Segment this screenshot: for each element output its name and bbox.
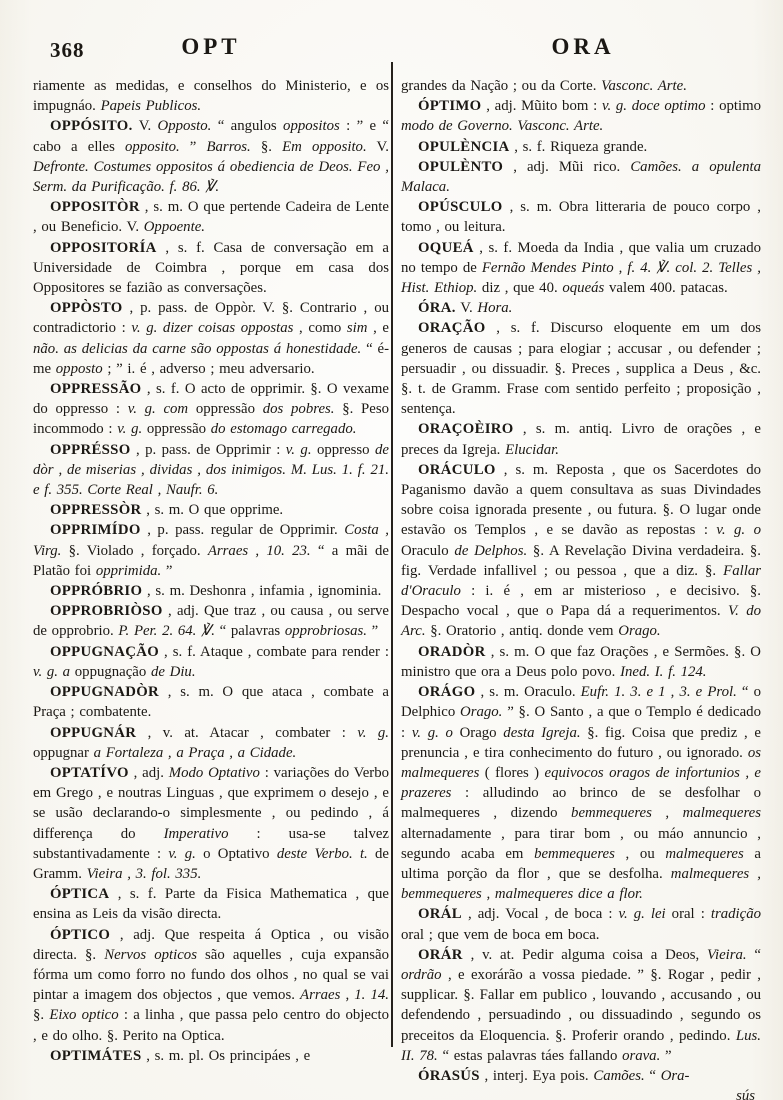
entry-text: , s. m. Oraculo.: [475, 684, 580, 700]
entry-text: ( flores ): [479, 765, 544, 781]
entry-text: , s. m. O que opprime.: [142, 502, 284, 518]
dictionary-entry: OPPÓSITO. V. Opposto. “ angulos opposito…: [33, 116, 389, 197]
headword: ÓRASÚS: [418, 1068, 480, 1084]
entry-text: o Optativo: [196, 846, 277, 862]
entry-text: , v. at. Atacar , combater :: [136, 725, 357, 741]
headword: ÓRA.: [418, 300, 456, 316]
entry-text: Defronte.: [33, 159, 89, 175]
dictionary-entry: ORÁCULO , s. m. Reposta , que os Sacerdo…: [401, 460, 761, 642]
headword: OPPÒSTO: [50, 300, 123, 316]
entry-text: oral :: [666, 906, 711, 922]
entry-text: , e: [367, 320, 389, 336]
entry-text: oppositos: [283, 118, 340, 134]
dictionary-entry: OPTATÍVO , adj. Modo Optativo : variaçõe…: [33, 763, 389, 884]
entry-text: de Delphos.: [454, 543, 527, 559]
headword: ORAÇOÈIRO: [418, 421, 514, 437]
entry-text: ”: [367, 623, 378, 639]
entry-text: , p. pass. regular de Opprimir.: [141, 522, 345, 538]
headword: ÓPTICA: [50, 886, 109, 902]
headword: OPPOSITORÍA: [50, 240, 157, 256]
dictionary-entry: ÓPTICA , s. f. Parte da Fisica Mathemati…: [33, 884, 389, 924]
dictionary-entry: ORADÒR , s. m. O que faz Orações , e Ser…: [401, 642, 761, 682]
entry-text: oqueás: [562, 280, 604, 296]
entry-text: §.: [251, 139, 282, 155]
dictionary-entry: ORÁGO , s. m. Oraculo. Eufr. 1. 3. e 1 ,…: [401, 682, 761, 904]
dictionary-entry: OPÚSCULO , s. m. Obra litteraria de pouc…: [401, 197, 761, 237]
entry-text: v. g. com: [128, 401, 188, 417]
entry-text: , s. m. Deshonra , infamia , ignominia.: [142, 583, 381, 599]
entry-text: v. g.: [117, 421, 142, 437]
entry-text: , adj. Mũito bom :: [481, 98, 602, 114]
entry-text: Camões.: [593, 1068, 644, 1084]
entry-text: Opposto.: [158, 118, 212, 134]
entry-text: , como: [293, 320, 346, 336]
headword: OPPRÉSSO: [50, 442, 131, 458]
entry-text: modo de Governo. Vasconc. Arte.: [401, 118, 603, 134]
headword: ORAÇÃO: [418, 320, 486, 336]
dictionary-entry: ORAÇOÈIRO , s. m. antiq. Livro de oraçõe…: [401, 419, 761, 459]
headword: OPPOSITÒR: [50, 199, 140, 215]
entry-text: Barros.: [207, 139, 251, 155]
dictionary-entry: ORAÇÃO , s. f. Discurso eloquente em um …: [401, 318, 761, 419]
entry-text: Ined. I. f. 124.: [620, 664, 706, 680]
entry-text: v. g. lei: [619, 906, 666, 922]
dictionary-entry: OPPUGNÁR , v. at. Atacar , combater : v.…: [33, 723, 389, 763]
headword: OPPUGNÁR: [50, 725, 136, 741]
entry-text: V.: [367, 139, 389, 155]
column-right: grandes da Nação ; ou da Corte. Vasconc.…: [401, 76, 761, 1100]
entry-text: não. as delicias da carne são oppostas á…: [33, 341, 361, 357]
entry-text: riamente as medidas, e conselhos do Mini…: [33, 78, 389, 114]
entry-text: de Diu.: [151, 664, 196, 680]
entry-text: : optimo: [706, 98, 762, 114]
headword: OPPROBRIÒSO: [50, 603, 163, 619]
dictionary-entry: OPPRIMÍDO , p. pass. regular de Opprimir…: [33, 520, 389, 581]
entry-text: Hora.: [477, 300, 512, 316]
entry-text: ”: [660, 1048, 671, 1064]
entry-text: , interj. Eya pois.: [480, 1068, 594, 1084]
catchword: sús: [401, 1086, 761, 1100]
entry-text: oppressão: [142, 421, 211, 437]
dictionary-entry: ÓPTICO , adj. Que respeita á Optica , ou…: [33, 925, 389, 1046]
entry-text: V.: [456, 300, 478, 316]
entry-text: “ palavras: [215, 623, 285, 639]
headword: OPULÈNCIA: [418, 139, 510, 155]
entry-text: v. g.: [357, 725, 389, 741]
headword: OPPRIMÍDO: [50, 522, 141, 538]
entry-text: Vasconc. Arte.: [601, 78, 687, 94]
entry-text: , adj. Vocal , de boca :: [462, 906, 619, 922]
dictionary-entry: riamente as medidas, e conselhos do Mini…: [33, 76, 389, 116]
entry-text: Imperativo: [164, 826, 229, 842]
entry-text: ”: [180, 139, 207, 155]
headword: OPULÈNTO: [418, 159, 503, 175]
entry-text: Arraes , 1. 14.: [300, 987, 389, 1003]
headword: ORÁGO: [418, 684, 475, 700]
entry-text: oppressão: [188, 401, 263, 417]
dictionary-entry: OPPOSITORÍA , s. f. Casa de conversação …: [33, 238, 389, 299]
entry-text: v. g. o: [716, 522, 761, 538]
dictionary-entry: OPTIMÁTES , s. m. pl. Os principáes , e: [33, 1046, 389, 1066]
dictionary-entry: ÓPTIMO , adj. Mũito bom : v. g. doce opt…: [401, 96, 761, 136]
entry-text: Arraes , 10. 23.: [208, 543, 311, 559]
entry-text: , p. pass. de Opprimir :: [131, 442, 286, 458]
entry-text: Oraculo: [401, 543, 454, 559]
headword: ÓPTIMO: [418, 98, 481, 114]
headword: OPÚSCULO: [418, 199, 503, 215]
dictionary-entry: OPPÒSTO , p. pass. de Oppòr. V. §. Contr…: [33, 298, 389, 379]
entry-text: desta Igreja.: [503, 725, 580, 741]
entry-text: orava.: [622, 1048, 660, 1064]
headword: OQUEÁ: [418, 240, 474, 256]
entry-text: Papeis Publicos.: [101, 98, 201, 114]
entry-text: ordrão: [401, 967, 442, 983]
entry-text: ”: [161, 563, 172, 579]
headword: OPPRÓBRIO: [50, 583, 142, 599]
entry-text: v. g.: [168, 846, 196, 862]
entry-text: deste Verbo. t.: [277, 846, 368, 862]
entry-text: valem 400. patacas.: [604, 280, 727, 296]
entry-text: v. g. a: [33, 664, 70, 680]
entry-text: P. Per. 2. 64. ℣.: [118, 623, 214, 639]
dictionary-entry: OPPRESSÃO , s. f. O acto de opprimir. §.…: [33, 379, 389, 440]
entry-text: v. g. doce optimo: [602, 98, 706, 114]
headword: OPPÓSITO.: [50, 118, 133, 134]
entry-text: Vieira.: [707, 947, 747, 963]
entry-text: oppugnação: [70, 664, 151, 680]
entry-text: Orago: [453, 725, 503, 741]
dictionary-page-scan: 368 OPT ORA riamente as medidas, e conse…: [0, 0, 783, 1100]
entry-text: , adj. Mũi rico.: [503, 159, 630, 175]
headword: OPPRESSÃO: [50, 381, 142, 397]
entry-text: grandes da Nação ; ou da Corte.: [401, 78, 601, 94]
entry-text: , v. at. Pedir alguma coisa a Deos,: [463, 947, 707, 963]
dictionary-entry: OPULÈNTO , adj. Mũi rico. Camões. a opul…: [401, 157, 761, 197]
entry-text: opprimida.: [96, 563, 161, 579]
dictionary-entry: OPPOSITÒR , s. m. O que pertende Cadeira…: [33, 197, 389, 237]
entry-text: “ estas palavras táes fallando: [438, 1048, 622, 1064]
entry-text: oral ; que vem de boca em boca.: [401, 927, 599, 943]
headword: ORADÒR: [418, 644, 486, 660]
dictionary-entry: OPPRÉSSO , p. pass. de Opprimir : v. g. …: [33, 440, 389, 501]
dictionary-entry: ORÁL , adj. Vocal , de boca : v. g. lei …: [401, 904, 761, 944]
headword: ÓPTICO: [50, 927, 110, 943]
entry-text: §.: [33, 1007, 49, 1023]
entry-text: bemmequeres: [534, 846, 615, 862]
entry-text: oppugnar: [33, 745, 94, 761]
entry-text: , e exorárão a vossa piedade. ” §. Rogar…: [401, 967, 761, 1044]
entry-text: Eixo optico: [49, 1007, 118, 1023]
entry-text: v. g. dizer coisas oppostas: [131, 320, 293, 336]
dictionary-entry: ÓRASÚS , interj. Eya pois. Camões. “ Ora…: [401, 1066, 761, 1086]
entry-text: Eufr. 1. 3. e 1 , 3. e Prol.: [581, 684, 737, 700]
entry-text: “ angulos: [211, 118, 283, 134]
entry-text: opposto: [56, 361, 103, 377]
entry-text: tradição: [711, 906, 761, 922]
dictionary-entry: OPPUGNADÒR , s. m. O que ataca , combate…: [33, 682, 389, 722]
dictionary-entry: OPULÈNCIA , s. f. Riqueza grande.: [401, 137, 761, 157]
entry-text: §. Oratorio , antiq. donde vem: [426, 623, 619, 639]
headword: OPTIMÁTES: [50, 1048, 142, 1064]
dictionary-entry: ORÁR , v. at. Pedir alguma coisa a Deos,…: [401, 945, 761, 1066]
headword: ORÁCULO: [418, 462, 496, 478]
dictionary-entry: OQUEÁ , s. f. Moeda da India , que valia…: [401, 238, 761, 299]
entry-text: a Fortaleza , a Praça , a Cidade.: [94, 745, 297, 761]
entry-text: diz , que 40.: [477, 280, 562, 296]
dictionary-entry: ÓRA. V. Hora.: [401, 298, 761, 318]
entry-text: Modo Optativo: [169, 765, 260, 781]
entry-text: Nervos opticos: [104, 947, 197, 963]
entry-text: Em opposito.: [282, 139, 367, 155]
entry-text: Orago.: [460, 704, 502, 720]
headword: ORÁR: [418, 947, 463, 963]
dictionary-entry: OPPRESSÒR , s. m. O que opprime.: [33, 500, 389, 520]
column-divider-rule: [391, 62, 393, 1047]
entry-text: malmequeres: [665, 846, 743, 862]
entry-text: dos pobres.: [263, 401, 335, 417]
column-left: riamente as medidas, e conselhos do Mini…: [33, 76, 389, 1066]
page-number: 368: [50, 38, 85, 63]
entry-text: v. g. o: [412, 725, 453, 741]
entry-text: Vieira , 3. fol. 335.: [87, 866, 202, 882]
dictionary-entry: OPPUGNAÇÃO , s. f. Ataque , combate para…: [33, 642, 389, 682]
headword: OPPUGNADÒR: [50, 684, 159, 700]
entry-text: v. g.: [286, 442, 312, 458]
entry-text: “: [645, 1068, 661, 1084]
entry-text: , s. f. Ataque , combate para render :: [159, 644, 389, 660]
dictionary-entry: OPPRÓBRIO , s. m. Deshonra , infamia , i…: [33, 581, 389, 601]
entry-text: bemmequeres , malmequeres: [571, 805, 761, 821]
entry-text: Elucidar.: [505, 442, 559, 458]
entry-text: Oppoente.: [144, 219, 205, 235]
running-head-left: OPT: [181, 34, 240, 60]
entry-text: opprobriosas.: [285, 623, 367, 639]
entry-text: , s. f. Riqueza grande.: [510, 139, 648, 155]
entry-text: do estomago carregado.: [211, 421, 357, 437]
headword: OPTATÍVO: [50, 765, 129, 781]
headword: ORÁL: [418, 906, 462, 922]
entry-text: , s. m. pl. Os principáes , e: [142, 1048, 311, 1064]
dictionary-entry: grandes da Nação ; ou da Corte. Vasconc.…: [401, 76, 761, 96]
entry-text: oppresso: [312, 442, 376, 458]
entry-text: V.: [133, 118, 158, 134]
entry-text: §. Violado , forçado.: [61, 543, 208, 559]
entry-text: , ou: [615, 846, 666, 862]
entry-text: opposito.: [125, 139, 180, 155]
entry-text: , adj.: [129, 765, 169, 781]
running-head-right: ORA: [551, 34, 614, 60]
headword: OPPRESSÒR: [50, 502, 142, 518]
entry-text: “: [747, 947, 761, 963]
headword: OPPUGNAÇÃO: [50, 644, 159, 660]
entry-text: ; ” i. é , adverso ; meu adversario.: [103, 361, 315, 377]
dictionary-entry: OPPROBRIÒSO , adj. Que traz , ou causa ,…: [33, 601, 389, 641]
entry-text: Ora-: [661, 1068, 690, 1084]
entry-text: sim: [347, 320, 368, 336]
entry-text: Orago.: [618, 623, 660, 639]
